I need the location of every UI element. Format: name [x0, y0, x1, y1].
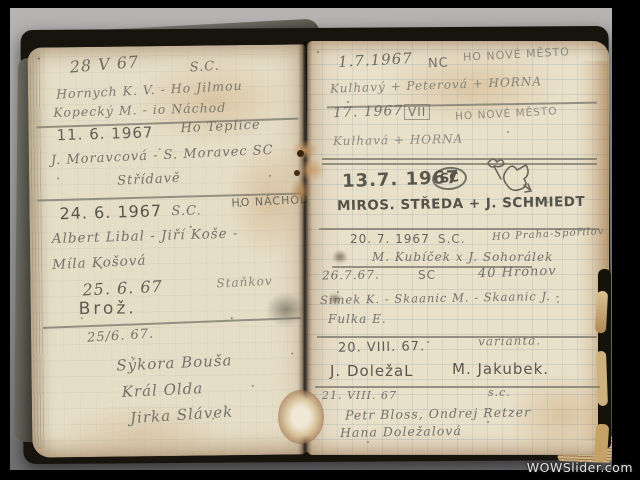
- entry-club-tag: NC: [428, 55, 450, 71]
- sc-stamp-circle: SC: [431, 166, 468, 192]
- stain: [347, 33, 597, 143]
- entry-names: Kulhavá + HORNA: [333, 132, 464, 148]
- entry-date: 17. 1967: [333, 103, 404, 121]
- entry-date: 28 V 67: [69, 52, 140, 77]
- entry-names: Jirka Slávek: [130, 403, 234, 428]
- torn-paper-scrap: [596, 351, 608, 406]
- edge-browning: [577, 61, 609, 441]
- stain: [62, 401, 223, 463]
- entry-names: M. Jakubek.: [452, 360, 549, 378]
- ink-spot: [328, 293, 342, 305]
- entry-names: Brož.: [79, 298, 137, 319]
- pencil-rule: [317, 336, 597, 338]
- entry-location: Ho Teplice: [180, 117, 261, 136]
- notebook-photo: 28 V 67 S.C. Hornych K. V. - Ho Jilmou K…: [10, 8, 612, 470]
- entry-location: Staňkov: [216, 274, 273, 291]
- entry-location: HO NOVÉ MĚSTO: [455, 105, 558, 122]
- entry-roman-numeral: VII: [404, 104, 430, 120]
- entry-names: MIROS. STŘEDA + J. SCHMIEDT: [337, 194, 585, 214]
- entry-names: J. DoležaL: [330, 362, 414, 380]
- mold-speckles: [317, 51, 319, 53]
- entry-location: 40 Hronov: [478, 264, 557, 282]
- pencil-rule: [43, 317, 301, 328]
- entry-location: HO NOVÉ MĚSTO: [463, 45, 570, 64]
- book-spine: [298, 42, 312, 456]
- entry-date: 26.7.67.: [322, 267, 380, 282]
- ink-spot: [332, 250, 348, 264]
- entry-names: Petr Bloss, Ondrej Retzer: [345, 404, 531, 422]
- stain: [107, 40, 318, 163]
- pencil-rule: [315, 386, 600, 388]
- pencil-rule: [37, 193, 302, 201]
- entry-club-tag: S.C.: [438, 232, 466, 246]
- entry-date: 25/6. 67.: [87, 326, 155, 345]
- left-page: 28 V 67 S.C. Hornych K. V. - Ho Jilmou K…: [28, 44, 311, 457]
- entry-club-tag: S.C.: [189, 59, 220, 76]
- entry-names: Hana Doležalová: [340, 423, 462, 440]
- wowslider-watermark-link[interactable]: WOWSlider.com: [527, 460, 633, 475]
- entry-names: Fulka E.: [328, 312, 387, 326]
- entry-date: 25. 6. 67: [82, 277, 163, 300]
- entry-names: M. Kubíček x J. Sohorálek: [372, 250, 553, 264]
- pencil-rule: [36, 118, 298, 128]
- entry-names: Hornych K. V. - Ho Jilmou: [56, 78, 243, 102]
- entry-date: 11. 6. 1967: [56, 123, 153, 144]
- entry-names: J. Moravcová - S. Moravec SC: [51, 143, 274, 168]
- torn-paper-scrap: [595, 291, 608, 334]
- pencil-rule: [322, 158, 597, 160]
- mold-speckles: [38, 58, 40, 60]
- entry-note: Střídavě: [117, 171, 181, 189]
- right-page: 1.7.1967 NC HO NOVÉ MĚSTO Kulhavý + Pete…: [307, 41, 609, 455]
- entry-names: Simek K. - Skaanic M. - Skaanic J. -: [320, 289, 561, 307]
- entry-location: HO Praha-Spořilov: [492, 226, 605, 243]
- entry-date: 24. 6. 1967: [59, 201, 162, 223]
- entry-date: 20. 7. 1967: [350, 232, 430, 246]
- pencil-rule: [319, 228, 599, 230]
- pencil-rule: [322, 163, 597, 165]
- stain: [507, 371, 612, 461]
- pencil-rule: [327, 102, 597, 108]
- entry-names: Kopecký M. - io Náchod: [53, 100, 226, 120]
- animal-doodle-icon: [480, 153, 538, 201]
- entry-names: Albert Libal - Jiří Koše -: [52, 226, 239, 248]
- pencil-rule: [332, 266, 532, 268]
- entry-note: varianta.: [478, 333, 541, 348]
- entry-date: 20. VIII. 67.: [338, 339, 425, 356]
- entry-club-tag: s.c.: [488, 386, 511, 399]
- entry-date: 1.7.1967: [338, 49, 414, 71]
- entry-names: Král Olda: [121, 379, 203, 401]
- entry-club-tag: SC: [418, 268, 436, 282]
- entry-club-tag: S.C.: [171, 204, 201, 219]
- entry-names: Kulhavý + Peterová + HORNA: [330, 74, 542, 95]
- entry-names: Sýkora Bouša: [116, 351, 233, 374]
- entry-names: Míla Košová: [52, 253, 147, 273]
- entry-date: 21. VIII. 67: [322, 389, 397, 402]
